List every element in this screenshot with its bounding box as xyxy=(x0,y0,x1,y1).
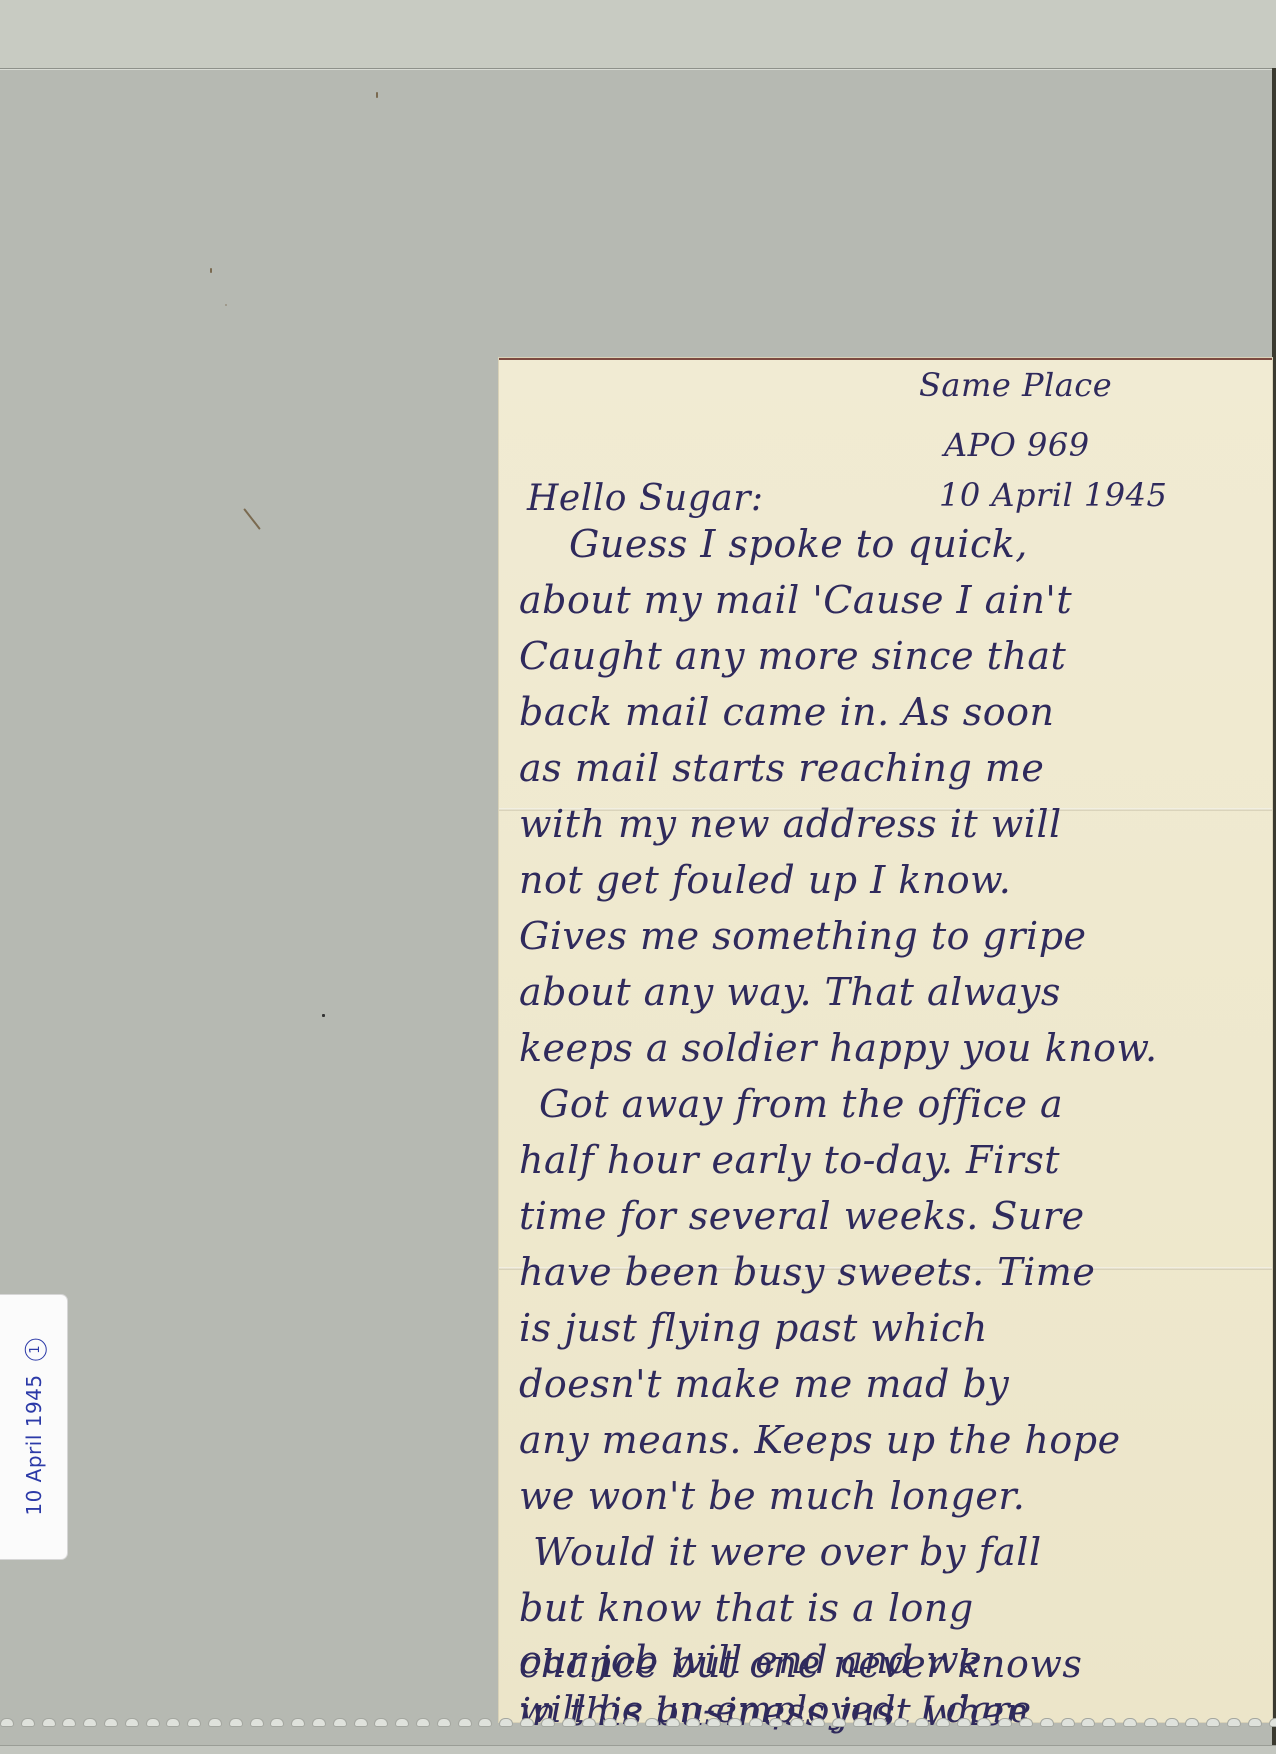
perforation-hole xyxy=(125,1718,139,1727)
perforation-hole xyxy=(395,1718,409,1727)
perforation-hole xyxy=(894,1718,908,1727)
sleeve-bottom-edge xyxy=(0,1745,1276,1754)
letter-line: half hour early to-day. First xyxy=(519,1138,1060,1182)
perforation-hole xyxy=(62,1718,76,1727)
perforation-hole xyxy=(104,1718,118,1727)
letter-line: Gives me something to gripe xyxy=(519,914,1087,958)
letter-line: back mail came in. As soon xyxy=(519,690,1055,734)
dust-speck xyxy=(225,304,227,306)
perforation-hole xyxy=(1269,1718,1276,1727)
perforation-hole xyxy=(998,1718,1012,1727)
perforation-hole xyxy=(645,1718,659,1727)
letter-line: Would it were over by fall xyxy=(533,1530,1042,1574)
perforation-hole xyxy=(229,1718,243,1727)
perforation-hole xyxy=(686,1718,700,1727)
perforation-hole xyxy=(1019,1718,1033,1727)
archive-date-label: 10 April 19451 xyxy=(0,1295,67,1559)
letter-line: Got away from the office a xyxy=(539,1082,1063,1126)
perforation-hole xyxy=(1185,1718,1199,1727)
letter-line: doesn't make me mad by xyxy=(519,1362,1009,1406)
perforation-hole xyxy=(166,1718,180,1727)
perforation-hole xyxy=(790,1718,804,1727)
letter-line: is just flying past which xyxy=(519,1306,988,1350)
perforation-hole xyxy=(769,1718,783,1727)
letter-line: any means. Keeps up the hope xyxy=(519,1418,1121,1462)
perforation-hole xyxy=(811,1718,825,1727)
perforation-hole xyxy=(333,1718,347,1727)
perforation-hole xyxy=(624,1718,638,1727)
letter-date: 10 April 1945 xyxy=(939,476,1167,514)
perforation-hole xyxy=(582,1718,596,1727)
dust-speck xyxy=(210,268,212,273)
dust-speck xyxy=(322,1014,325,1017)
letter-location: Same Place xyxy=(919,366,1112,404)
perforation-hole xyxy=(1206,1718,1220,1727)
perforation-hole xyxy=(749,1718,763,1727)
perforation-hole xyxy=(977,1718,991,1727)
perforation-hole xyxy=(520,1718,534,1727)
letter-line: about any way. That always xyxy=(519,970,1061,1014)
perforation-hole xyxy=(270,1718,284,1727)
perforation-hole xyxy=(1123,1718,1137,1727)
perforation-hole xyxy=(1102,1718,1116,1727)
perforation-hole xyxy=(915,1718,929,1727)
letter-line: but know that is a long xyxy=(519,1586,974,1630)
page-number-badge: 1 xyxy=(24,1338,46,1360)
letter-line: keeps a soldier happy you know. xyxy=(519,1026,1158,1070)
letter-line: Guess I spoke to quick, xyxy=(569,522,1028,566)
letter-line: our job will end and we xyxy=(519,1638,982,1682)
label-date: 10 April 1945 xyxy=(21,1374,45,1515)
perforation-hole xyxy=(312,1718,326,1727)
perforation-hole xyxy=(458,1718,472,1727)
perforation-hole xyxy=(562,1718,576,1727)
letter-line: Caught any more since that xyxy=(519,634,1066,678)
perforation-hole xyxy=(1040,1718,1054,1727)
perforation-hole xyxy=(291,1718,305,1727)
letter-page: Same Place APO 969 10 April 1945 Hello S… xyxy=(499,358,1272,1722)
letter-salutation: Hello Sugar: xyxy=(527,478,764,519)
scanner-top-band xyxy=(0,0,1276,68)
perforation-hole xyxy=(728,1718,742,1727)
perforation-hole xyxy=(707,1718,721,1727)
perforation-hole xyxy=(354,1718,368,1727)
perforation-hole xyxy=(42,1718,56,1727)
perforation-hole xyxy=(146,1718,160,1727)
perforation-hole xyxy=(541,1718,555,1727)
letter-line: time for several weeks. Sure xyxy=(519,1194,1085,1238)
letter-apo: APO 969 xyxy=(944,426,1090,464)
sleeve-perforations xyxy=(0,1718,1276,1728)
perforation-hole xyxy=(208,1718,222,1727)
perforation-hole xyxy=(936,1718,950,1727)
perforation-hole xyxy=(437,1718,451,1727)
letter-line: we won't be much longer. xyxy=(519,1474,1025,1518)
perforation-hole xyxy=(957,1718,971,1727)
perforation-hole xyxy=(499,1718,513,1727)
perforation-hole xyxy=(1144,1718,1158,1727)
perforation-hole xyxy=(873,1718,887,1727)
perforation-hole xyxy=(1227,1718,1241,1727)
dust-speck xyxy=(376,92,378,98)
perforation-hole xyxy=(603,1718,617,1727)
perforation-hole xyxy=(21,1718,35,1727)
perforation-hole xyxy=(832,1718,846,1727)
perforation-hole xyxy=(374,1718,388,1727)
perforation-hole xyxy=(250,1718,264,1727)
perforation-hole xyxy=(1061,1718,1075,1727)
perforation-hole xyxy=(0,1718,14,1727)
scan-edge-strip xyxy=(1272,68,1276,1754)
perforation-hole xyxy=(416,1718,430,1727)
perforation-hole xyxy=(478,1718,492,1727)
perforation-hole xyxy=(1248,1718,1262,1727)
letter-line: not get fouled up I know. xyxy=(519,858,1011,902)
perforation-hole xyxy=(1165,1718,1179,1727)
perforation-hole xyxy=(666,1718,680,1727)
perforation-hole xyxy=(187,1718,201,1727)
perforation-hole xyxy=(853,1718,867,1727)
perforation-hole xyxy=(83,1718,97,1727)
letter-line: with my new address it will xyxy=(519,802,1062,846)
letter-line: have been busy sweets. Time xyxy=(519,1250,1095,1294)
letter-line: about my mail 'Cause I ain't xyxy=(519,578,1072,622)
archive-date-label-text: 10 April 19451 xyxy=(21,1338,46,1515)
perforation-hole xyxy=(1081,1718,1095,1727)
letter-line: as mail starts reaching me xyxy=(519,746,1044,790)
